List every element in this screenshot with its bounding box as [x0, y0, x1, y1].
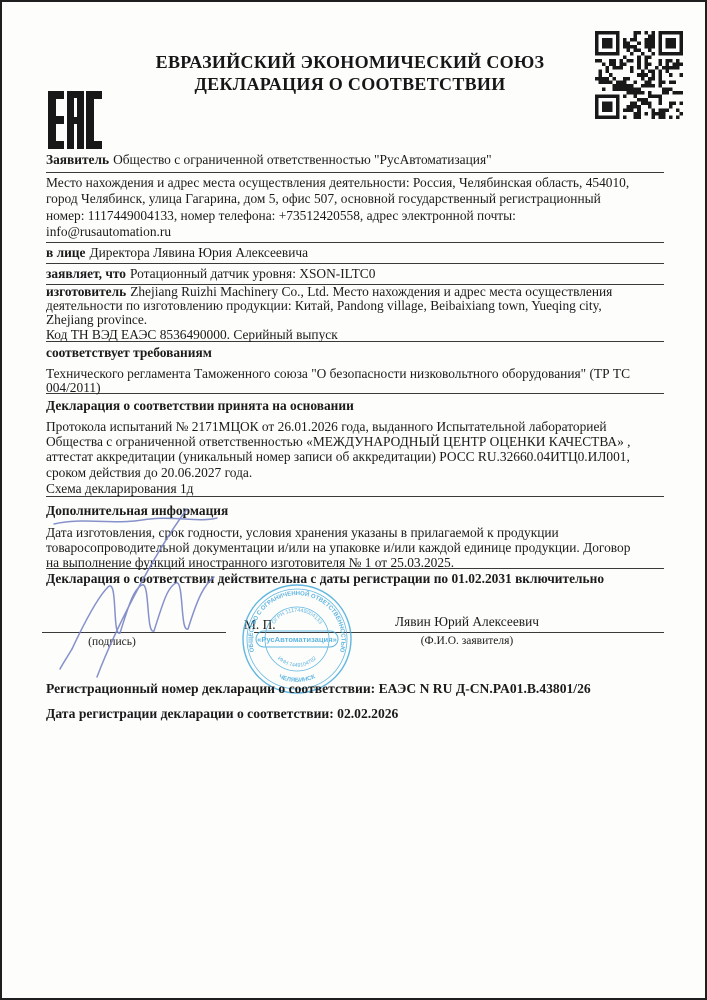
title-line-2: ДЕКЛАРАЦИЯ О СООТВЕТСТВИИ — [72, 73, 628, 95]
basis-block: Декларация о соответствии принята на осн… — [46, 394, 664, 497]
additional-info-block: Дополнительная информация Дата изготовле… — [46, 497, 664, 569]
manufacturer-paragraph: изготовительZhejiang Ruizhi Machinery Co… — [46, 285, 664, 328]
registration-number-value: ЕАЭС N RU Д-CN.PA01.B.43801/26 — [379, 681, 591, 696]
complies-text: Технического регламента Таможенного союз… — [46, 367, 664, 395]
additional-info-text: Дата изготовления, срок годности, услови… — [46, 525, 664, 571]
tnved-code-line: Код ТН ВЭД ЕАЭС 8536490000. Серийный вып… — [46, 328, 664, 342]
svg-text:ОГРН 1117449004133: ОГРН 1117449004133 — [271, 608, 323, 626]
in-face-row: в лицеДиректора Лявина Юрия Алексеевича — [46, 243, 664, 264]
stamp-ogrn-text: ОГРН 1117449004133 — [271, 608, 323, 626]
declares-row: заявляет, чтоРотационный датчик уровня: … — [46, 264, 664, 285]
svg-text:ИНН 7449104782: ИНН 7449104782 — [276, 656, 318, 669]
declares-label: заявляет, что — [46, 266, 126, 281]
stamp-center-text: «РусАвтоматизация» — [257, 635, 337, 644]
signature-line — [42, 632, 226, 633]
additional-info-heading: Дополнительная информация — [46, 497, 664, 519]
registration-number-label: Регистрационный номер декларации о соотв… — [46, 681, 375, 696]
declaration-document: ЕВРАЗИЙСКИЙ ЭКОНОМИЧЕСКИЙ СОЮЗ ДЕКЛАРАЦИ… — [0, 0, 707, 1000]
manufacturer-block: изготовительZhejiang Ruizhi Machinery Co… — [46, 285, 664, 342]
document-title: ЕВРАЗИЙСКИЙ ЭКОНОМИЧЕСКИЙ СОЮЗ ДЕКЛАРАЦИ… — [72, 51, 628, 95]
applicant-label: Заявитель — [46, 152, 109, 167]
registration-date-value: 02.02.2026 — [337, 706, 398, 721]
basis-heading: Декларация о соответствии принята на осн… — [46, 394, 664, 414]
complies-heading: соответствует требованиям — [46, 342, 664, 361]
declaration-scheme-line: Схема декларирования 1д — [46, 481, 664, 496]
address-block: Место нахождения и адрес места осуществл… — [46, 173, 664, 243]
manufacturer-text: Zhejiang Ruizhi Machinery Co., Ltd. Мест… — [46, 284, 612, 327]
signature-caption: (подпись) — [62, 636, 162, 648]
in-face-value: Директора Лявина Юрия Алексеевича — [89, 245, 308, 260]
title-line-1: ЕВРАЗИЙСКИЙ ЭКОНОМИЧЕСКИЙ СОЮЗ — [72, 51, 628, 73]
declares-value: Ротационный датчик уровня: XSON-ILTC0 — [130, 266, 375, 281]
basis-text: Протокола испытаний № 2171МЦОК от 26.01.… — [46, 419, 664, 480]
complies-block: соответствует требованиям Технического р… — [46, 342, 664, 394]
qr-code — [595, 31, 683, 119]
registration-date-label: Дата регистрации декларации о соответств… — [46, 706, 334, 721]
applicant-value: Общество с ограниченной ответственностью… — [113, 152, 492, 167]
manufacturer-label: изготовитель — [46, 284, 126, 299]
registration-number-row: Регистрационный номер декларации о соотв… — [46, 681, 664, 697]
in-face-label: в лице — [46, 245, 85, 260]
applicant-row: ЗаявительОбщество с ограниченной ответст… — [46, 152, 664, 173]
eac-mark-icon — [48, 91, 102, 149]
registration-date-row: Дата регистрации декларации о соответств… — [46, 706, 664, 722]
stamp-inn-text: ИНН 7449104782 — [276, 656, 318, 669]
